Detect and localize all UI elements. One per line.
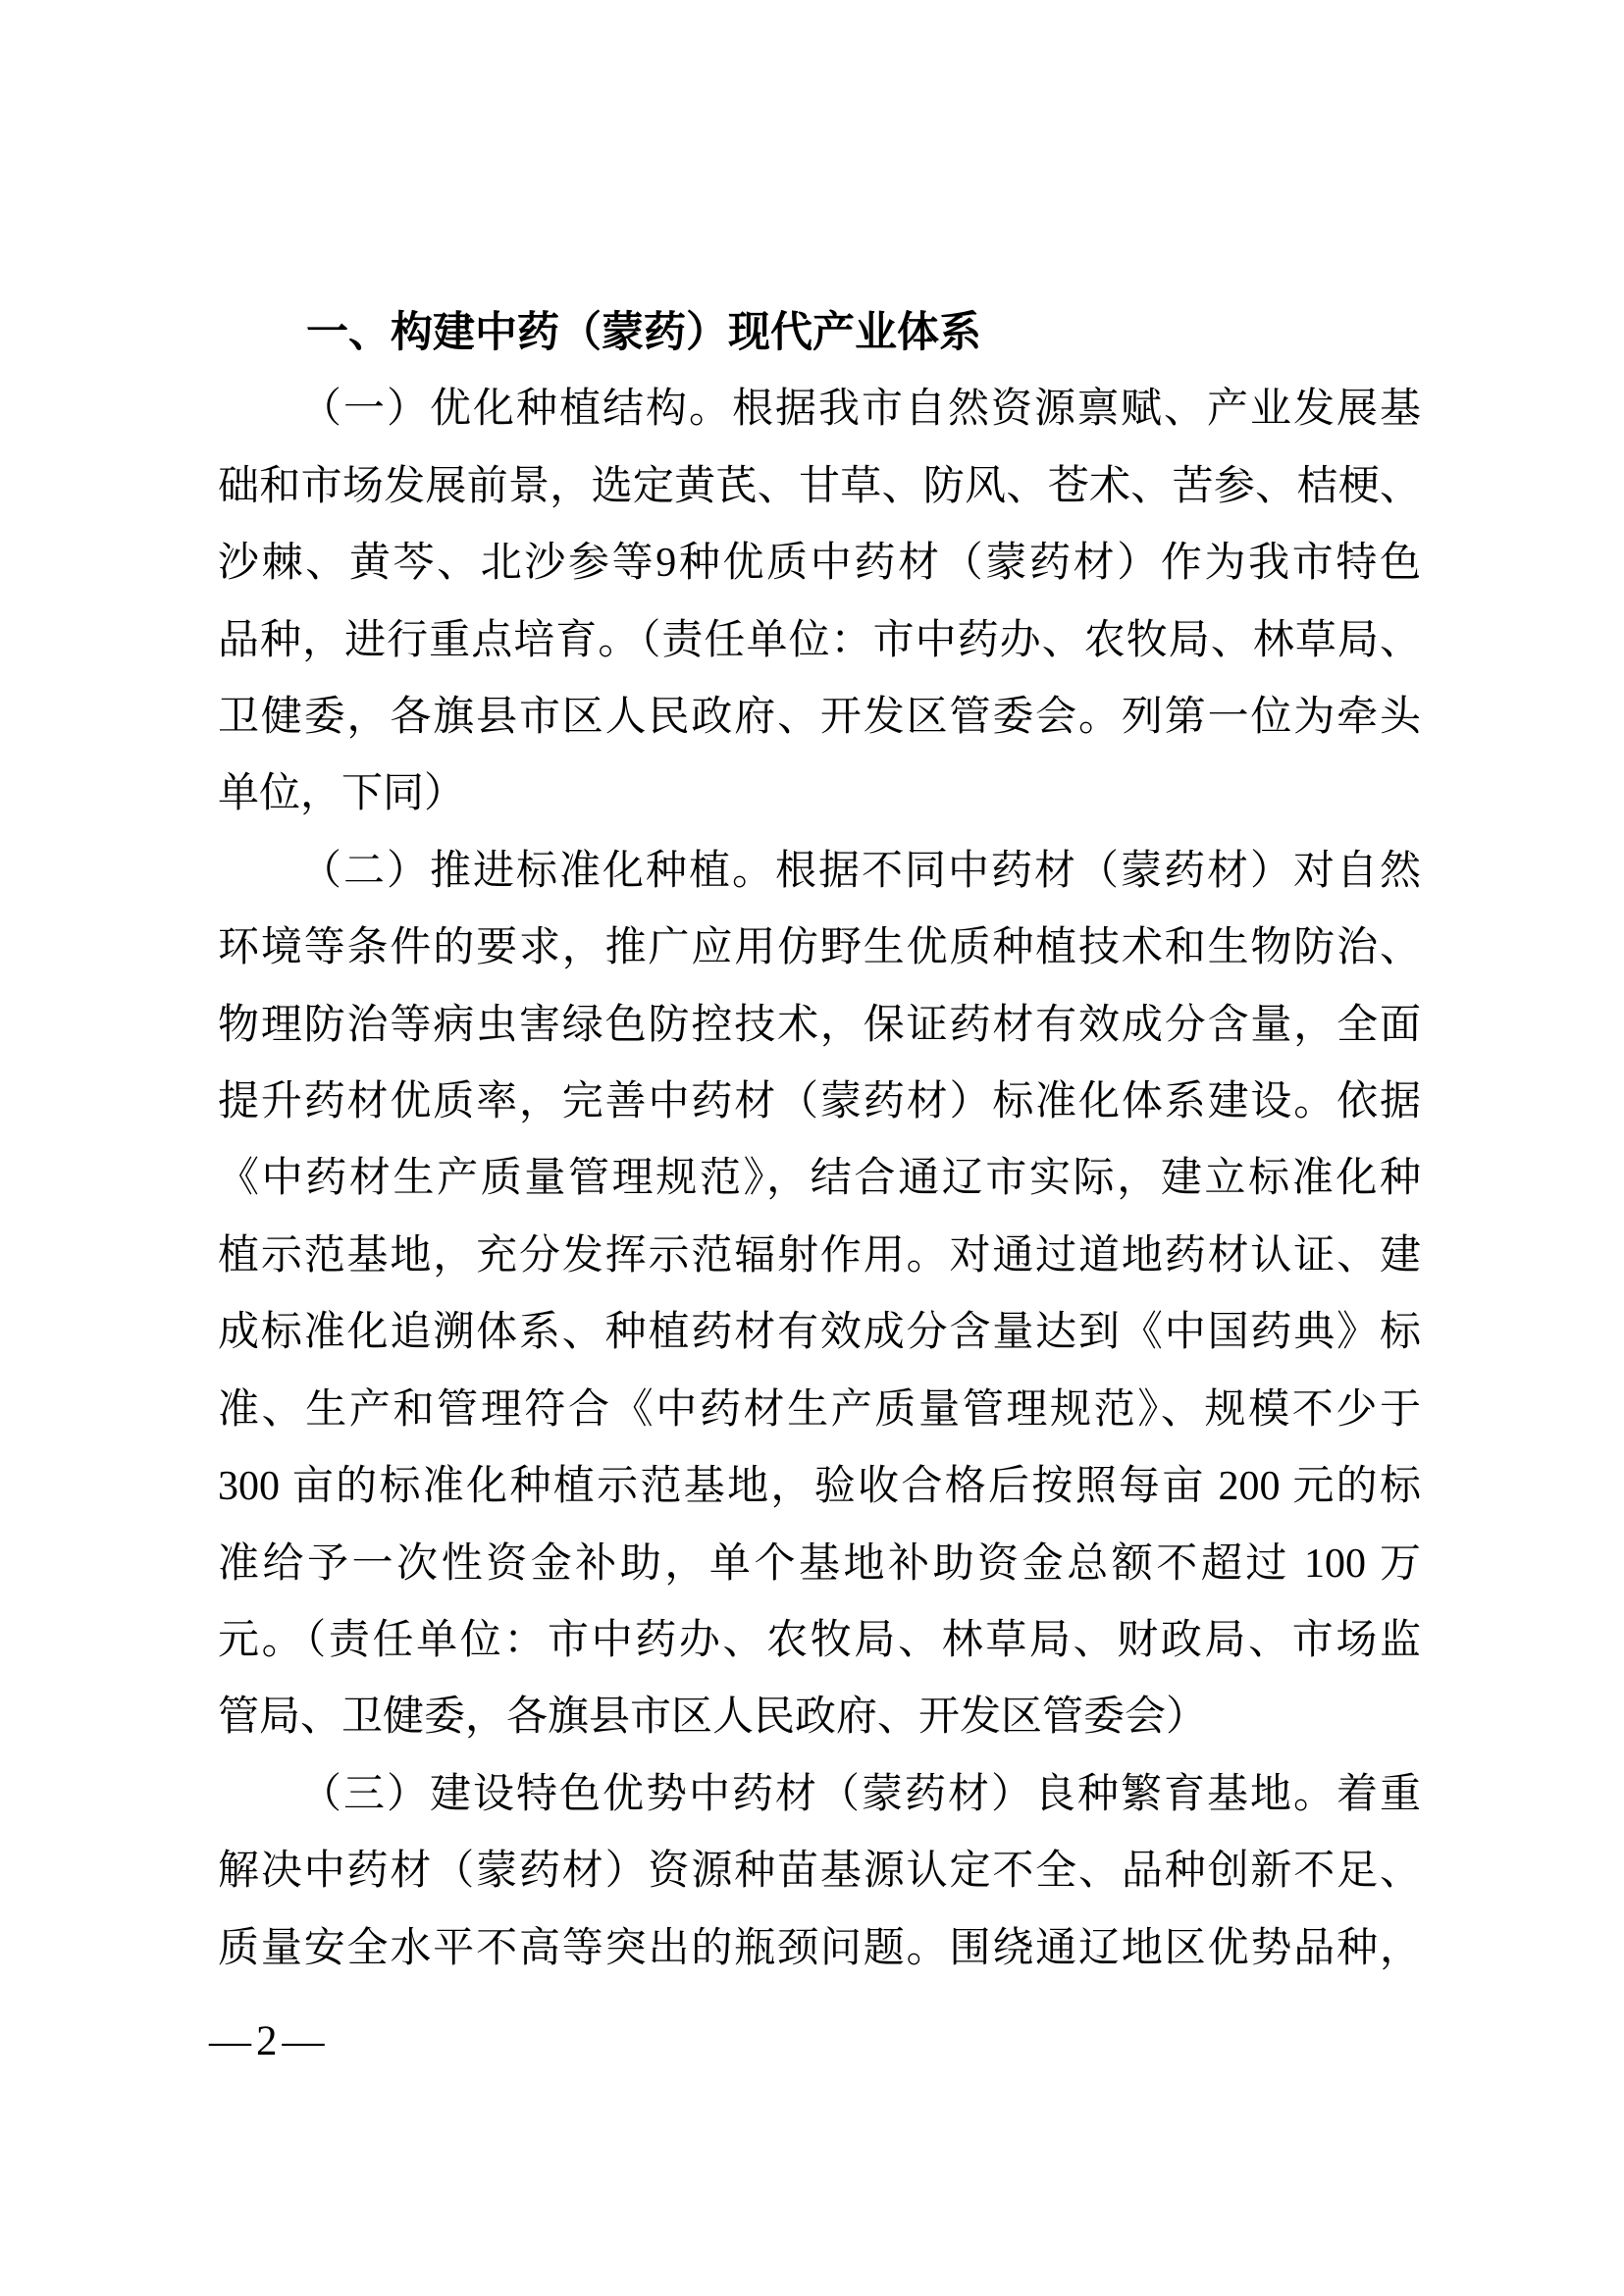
text-line: 解决中药材（蒙药材）资源种苗基源认定不全、品种创新不足、 <box>218 1833 1421 1909</box>
text-line: 管局、卫健委，各旗县市区人民政府、开发区管委会） <box>218 1679 1421 1755</box>
document-body: 一、构建中药（蒙药）现代产业体系 （一）优化种植结构。根据我市自然资源禀赋、产业… <box>218 294 1421 1987</box>
section-heading: 一、构建中药（蒙药）现代产业体系 <box>218 294 1421 371</box>
text-line: 品种，进行重点培育。（责任单位：市中药办、农牧局、林草局、 <box>218 602 1421 679</box>
text-line: 300 亩的标准化种植示范基地，验收合格后按照每亩 200 元的标 <box>218 1448 1421 1525</box>
paragraph-2: （二）推进标准化种植。根据不同中药材（蒙药材）对自然环境等条件的要求，推广应用仿… <box>218 833 1421 1756</box>
text-line: （三）建设特色优势中药材（蒙药材）良种繁育基地。着重 <box>218 1756 1421 1833</box>
text-line: （二）推进标准化种植。根据不同中药材（蒙药材）对自然 <box>218 833 1421 910</box>
text-line: 元。（责任单位：市中药办、农牧局、林草局、财政局、市场监 <box>218 1602 1421 1679</box>
text-line: 成标准化追溯体系、种植药材有效成分含量达到《中国药典》标 <box>218 1294 1421 1371</box>
page-number: —2— <box>209 2017 330 2066</box>
text-line: 准给予一次性资金补助，单个基地补助资金总额不超过 100 万 <box>218 1526 1421 1602</box>
document-page: 一、构建中药（蒙药）现代产业体系 （一）优化种植结构。根据我市自然资源禀赋、产业… <box>0 0 1624 2296</box>
paragraphs: （一）优化种植结构。根据我市自然资源禀赋、产业发展基础和市场发展前景，选定黄芪、… <box>218 371 1421 1987</box>
text-line: 植示范基地，充分发挥示范辐射作用。对通过道地药材认证、建 <box>218 1218 1421 1294</box>
paragraph-3: （三）建设特色优势中药材（蒙药材）良种繁育基地。着重解决中药材（蒙药材）资源种苗… <box>218 1756 1421 1987</box>
text-line: 质量安全水平不高等突出的瓶颈问题。围绕通辽地区优势品种， <box>218 1910 1421 1987</box>
text-line: 准、生产和管理符合《中药材生产质量管理规范》、规模不少于 <box>218 1372 1421 1448</box>
text-line: 物理防治等病虫害绿色防控技术，保证药材有效成分含量，全面 <box>218 987 1421 1064</box>
text-line: 卫健委，各旗县市区人民政府、开发区管委会。列第一位为牵头 <box>218 679 1421 756</box>
text-line: 《中药材生产质量管理规范》，结合通辽市实际，建立标准化种 <box>218 1140 1421 1217</box>
text-line: 环境等条件的要求，推广应用仿野生优质种植技术和生物防治、 <box>218 910 1421 986</box>
text-line: （一）优化种植结构。根据我市自然资源禀赋、产业发展基 <box>218 371 1421 447</box>
text-line: 单位，下同） <box>218 756 1421 832</box>
paragraph-1: （一）优化种植结构。根据我市自然资源禀赋、产业发展基础和市场发展前景，选定黄芪、… <box>218 371 1421 832</box>
text-line: 础和市场发展前景，选定黄芪、甘草、防风、苍术、苦参、桔梗、 <box>218 448 1421 525</box>
text-line: 提升药材优质率，完善中药材（蒙药材）标准化体系建设。依据 <box>218 1064 1421 1140</box>
text-line: 沙棘、黄芩、北沙参等9种优质中药材（蒙药材）作为我市特色 <box>218 525 1421 601</box>
